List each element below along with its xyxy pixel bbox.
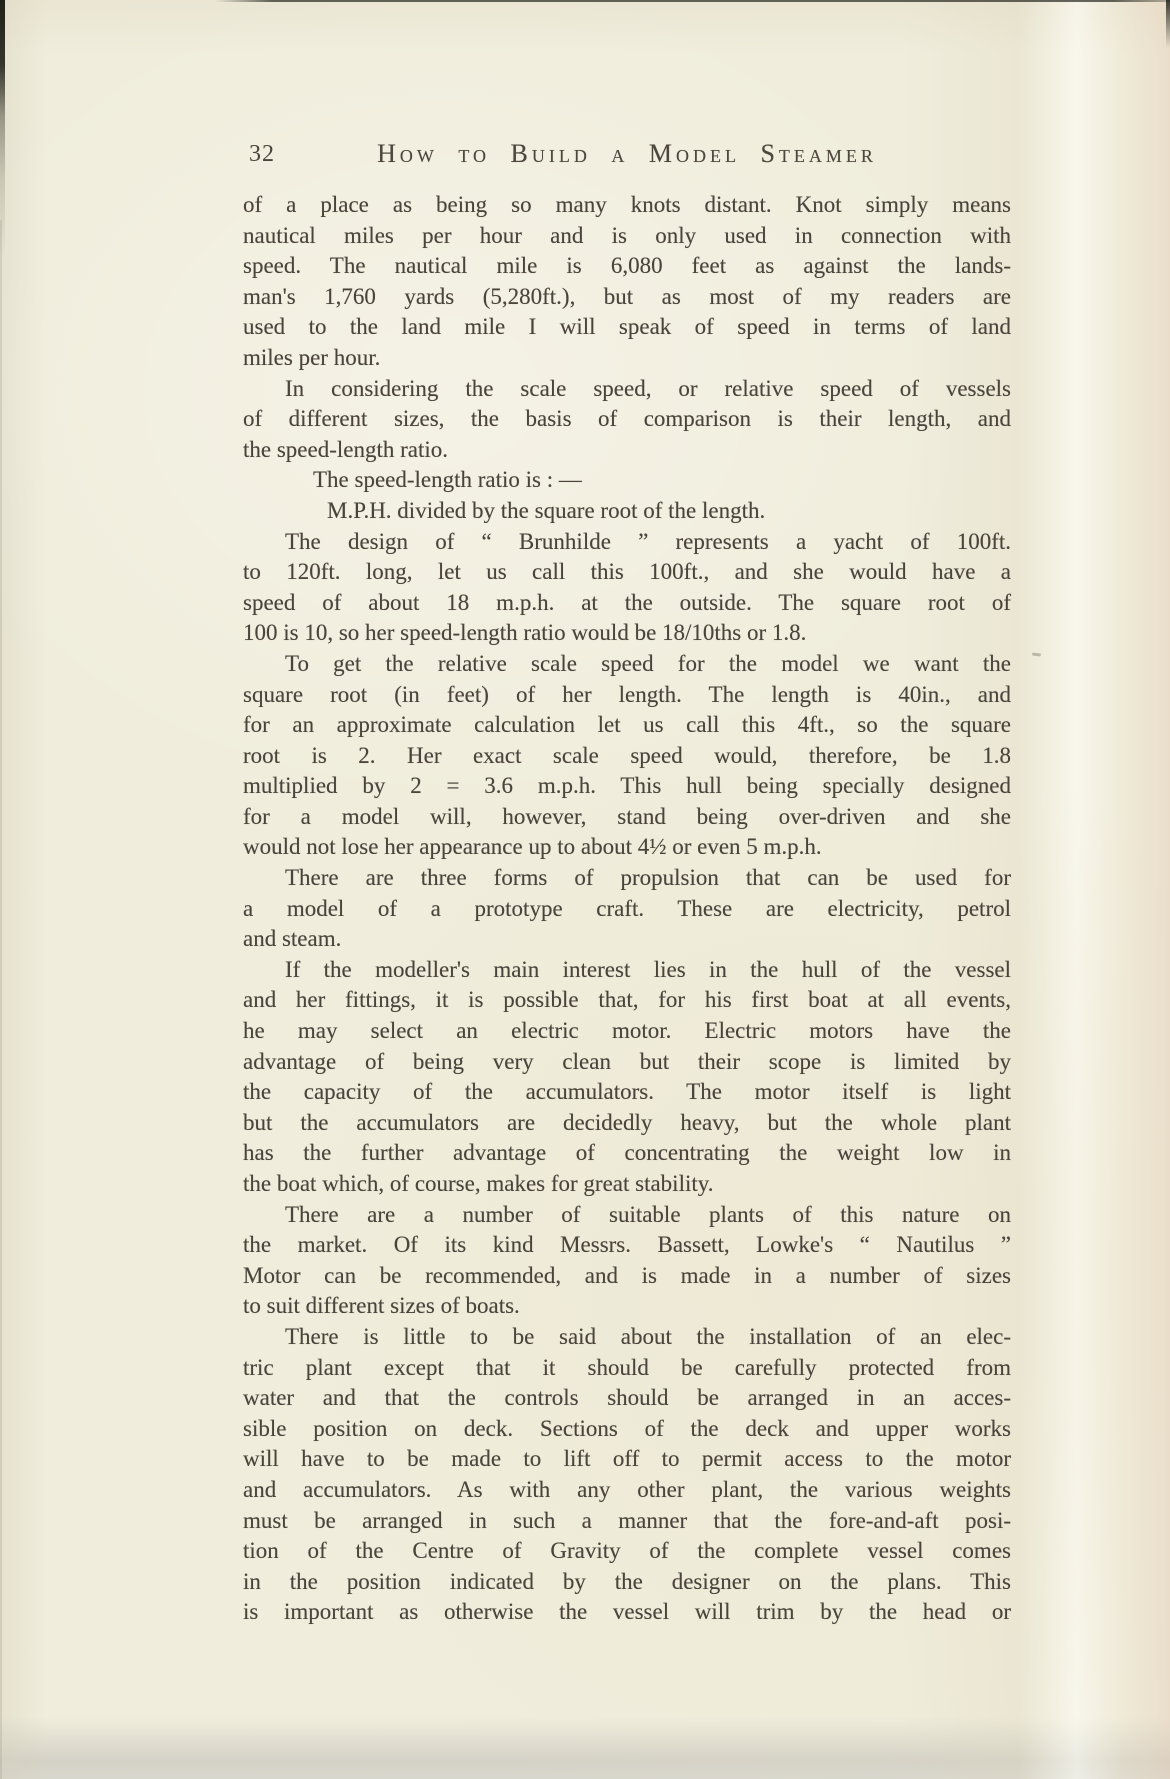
- paragraph: In considering the scale speed, or relat…: [243, 374, 1011, 466]
- scan-edge-right-tick: [1166, 0, 1170, 48]
- text-line: tric plant except that it should be care…: [243, 1353, 1011, 1384]
- text-line: will have to be made to lift off to perm…: [243, 1444, 1011, 1475]
- scan-edge-left-faint: [0, 220, 2, 1779]
- text-line: the boat which, of course, makes for gre…: [243, 1169, 1011, 1200]
- text-line: of different sizes, the basis of compari…: [243, 404, 1011, 435]
- ink-speck: [1032, 652, 1041, 656]
- text-line: but the accumulators are decidedly heavy…: [243, 1108, 1011, 1139]
- text-line: multiplied by 2 = 3.6 m.p.h. This hull b…: [243, 771, 1011, 802]
- text-line: the market. Of its kind Messrs. Bassett,…: [243, 1230, 1011, 1261]
- text-line: to 120ft. long, let us call this 100ft.,…: [243, 557, 1011, 588]
- text-line: The speed-length ratio is : —: [243, 465, 1011, 496]
- text-line: sible position on deck. Sections of the …: [243, 1414, 1011, 1445]
- text-line: he may select an electric motor. Electri…: [243, 1016, 1011, 1047]
- text-line: has the further advantage of concentrati…: [243, 1138, 1011, 1169]
- scanned-book-page: 32 How to Build a Model Steamer of a pla…: [0, 0, 1170, 1779]
- paragraph: If the modeller's main interest lies in …: [243, 955, 1011, 1200]
- text-line: and accumulators. As with any other plan…: [243, 1475, 1011, 1506]
- text-line: There is little to be said about the ins…: [243, 1322, 1011, 1353]
- text-line: advantage of being very clean but their …: [243, 1047, 1011, 1078]
- text-line: square root (in feet) of her length. The…: [243, 680, 1011, 711]
- paragraph: To get the relative scale speed for the …: [243, 649, 1011, 863]
- text-line: used to the land mile I will speak of sp…: [243, 312, 1011, 343]
- text-line: must be arranged in such a manner that t…: [243, 1506, 1011, 1537]
- text-line: and steam.: [243, 924, 1011, 955]
- text-line: water and that the controls should be ar…: [243, 1383, 1011, 1414]
- text-line: for a model will, however, stand being o…: [243, 802, 1011, 833]
- text-line: 100 is 10, so her speed-length ratio wou…: [243, 618, 1011, 649]
- text-line: the speed-length ratio.: [243, 435, 1011, 466]
- paragraph: M.P.H. divided by the square root of the…: [243, 496, 1011, 527]
- text-line: There are three forms of propulsion that…: [243, 863, 1011, 894]
- text-line: Motor can be recommended, and is made in…: [243, 1261, 1011, 1292]
- text-line: would not lose her appearance up to abou…: [243, 832, 1011, 863]
- text-line: root is 2. Her exact scale speed would, …: [243, 741, 1011, 772]
- page-body: of a place as being so many knots distan…: [243, 190, 1011, 1628]
- page-title: How to Build a Model Steamer: [243, 139, 1011, 169]
- text-line: of a place as being so many knots distan…: [243, 190, 1011, 221]
- text-line: speed of about 18 m.p.h. at the outside.…: [243, 588, 1011, 619]
- paragraph: The speed-length ratio is : —: [243, 465, 1011, 496]
- text-line: the capacity of the accumulators. The mo…: [243, 1077, 1011, 1108]
- paragraph: There are three forms of propulsion that…: [243, 863, 1011, 955]
- text-line: The design of “ Brunhilde ” represents a…: [243, 527, 1011, 558]
- scan-edge-top: [215, 0, 1170, 2]
- text-line: a model of a prototype craft. These are …: [243, 894, 1011, 925]
- text-line: To get the relative scale speed for the …: [243, 649, 1011, 680]
- page-number: 32: [249, 141, 275, 168]
- paragraph: There are a number of suitable plants of…: [243, 1200, 1011, 1322]
- text-line: M.P.H. divided by the square root of the…: [243, 496, 1011, 527]
- text-line: There are a number of suitable plants of…: [243, 1200, 1011, 1231]
- paragraph: of a place as being so many knots distan…: [243, 190, 1011, 374]
- text-line: tion of the Centre of Gravity of the com…: [243, 1536, 1011, 1567]
- text-line: speed. The nautical mile is 6,080 feet a…: [243, 251, 1011, 282]
- text-line: man's 1,760 yards (5,280ft.), but as mos…: [243, 282, 1011, 313]
- paragraph: The design of “ Brunhilde ” represents a…: [243, 527, 1011, 649]
- text-line: is important as otherwise the vessel wil…: [243, 1597, 1011, 1628]
- text-line: If the modeller's main interest lies in …: [243, 955, 1011, 986]
- text-line: nautical miles per hour and is only used…: [243, 221, 1011, 252]
- text-line: to suit different sizes of boats.: [243, 1291, 1011, 1322]
- text-line: for an approximate calculation let us ca…: [243, 710, 1011, 741]
- text-line: in the position indicated by the designe…: [243, 1567, 1011, 1598]
- text-line: and her fittings, it is possible that, f…: [243, 985, 1011, 1016]
- paragraph: There is little to be said about the ins…: [243, 1322, 1011, 1628]
- text-line: In considering the scale speed, or relat…: [243, 374, 1011, 405]
- page-header: 32 How to Build a Model Steamer: [243, 139, 1011, 175]
- text-line: miles per hour.: [243, 343, 1011, 374]
